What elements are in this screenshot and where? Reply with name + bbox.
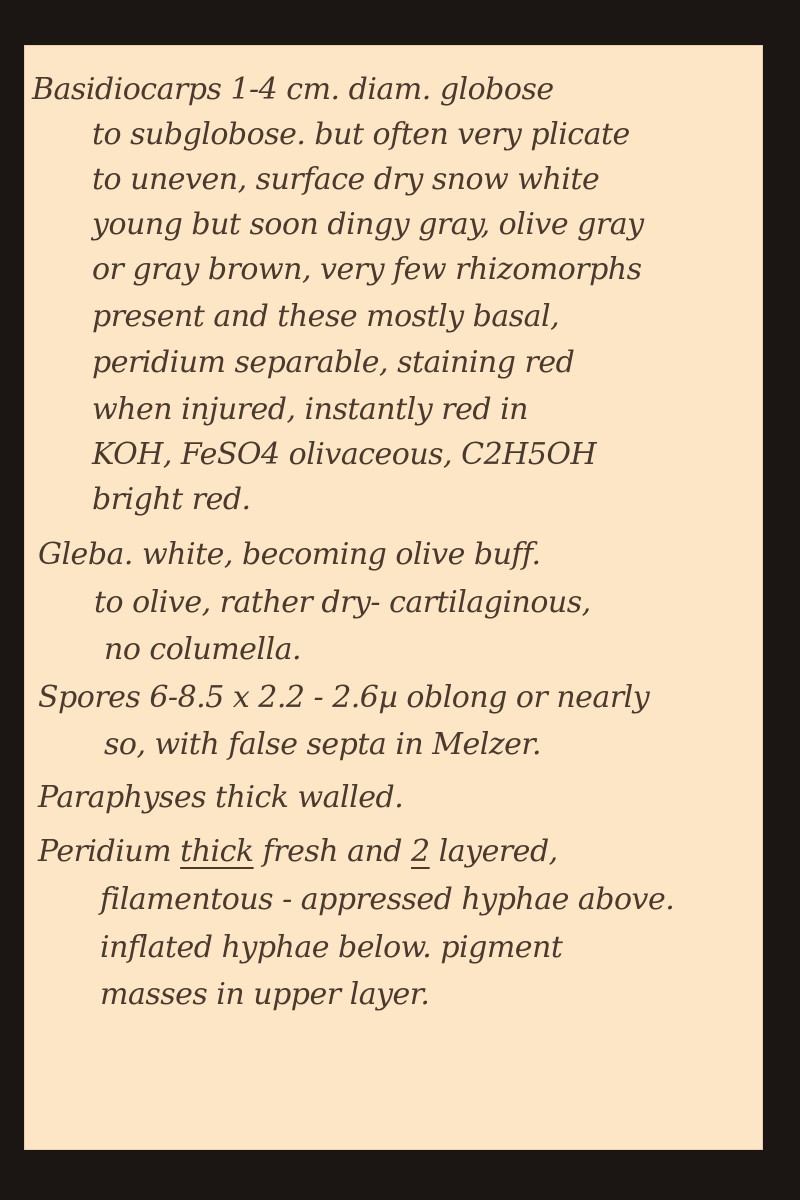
text-line: filamentous - appressed hyphae above. [100,885,674,915]
text-line: present and these mostly basal, [92,302,559,332]
text-segment: fresh and [254,834,411,869]
text-line: Paraphyses thick walled. [38,783,403,813]
text-line: Spores 6-8.5 x 2.2 - 2.6µ oblong or near… [38,683,649,713]
text-line: bright red. [92,485,251,515]
text-line: Gleba. white, becoming olive buff. [38,540,541,570]
text-line: KOH, FeSO4 olivaceous, C2H5OH [92,440,596,470]
underlined-word: 2 [411,834,430,869]
text-line: Basidiocarps 1-4 cm. diam. globose [32,75,554,105]
text-line: peridium separable, staining red [92,348,574,378]
text-line: to uneven, surface dry snow white [92,165,599,195]
text-line: when injured, instantly red in [92,395,528,425]
text-line: masses in upper layer. [100,980,429,1010]
text-line: or gray brown, very few rhizomorphs [92,255,642,285]
text-line: Peridium thick fresh and 2 layered, [38,837,558,867]
underlined-word: thick [180,834,253,869]
text-line: no columella. [104,635,301,665]
text-line: so, with false septa in Melzer. [104,730,541,760]
text-line: to subglobose. but often very plicate [92,120,630,150]
text-segment: layered, [430,834,558,869]
text-line: to olive, rather dry- cartilaginous, [94,588,591,618]
note-card: Basidiocarps 1-4 cm. diam. globose to su… [24,45,763,1150]
text-segment: Peridium [38,834,180,869]
text-line: inflated hyphae below. pigment [100,933,562,963]
text-line: young but soon dingy gray, olive gray [92,210,644,240]
